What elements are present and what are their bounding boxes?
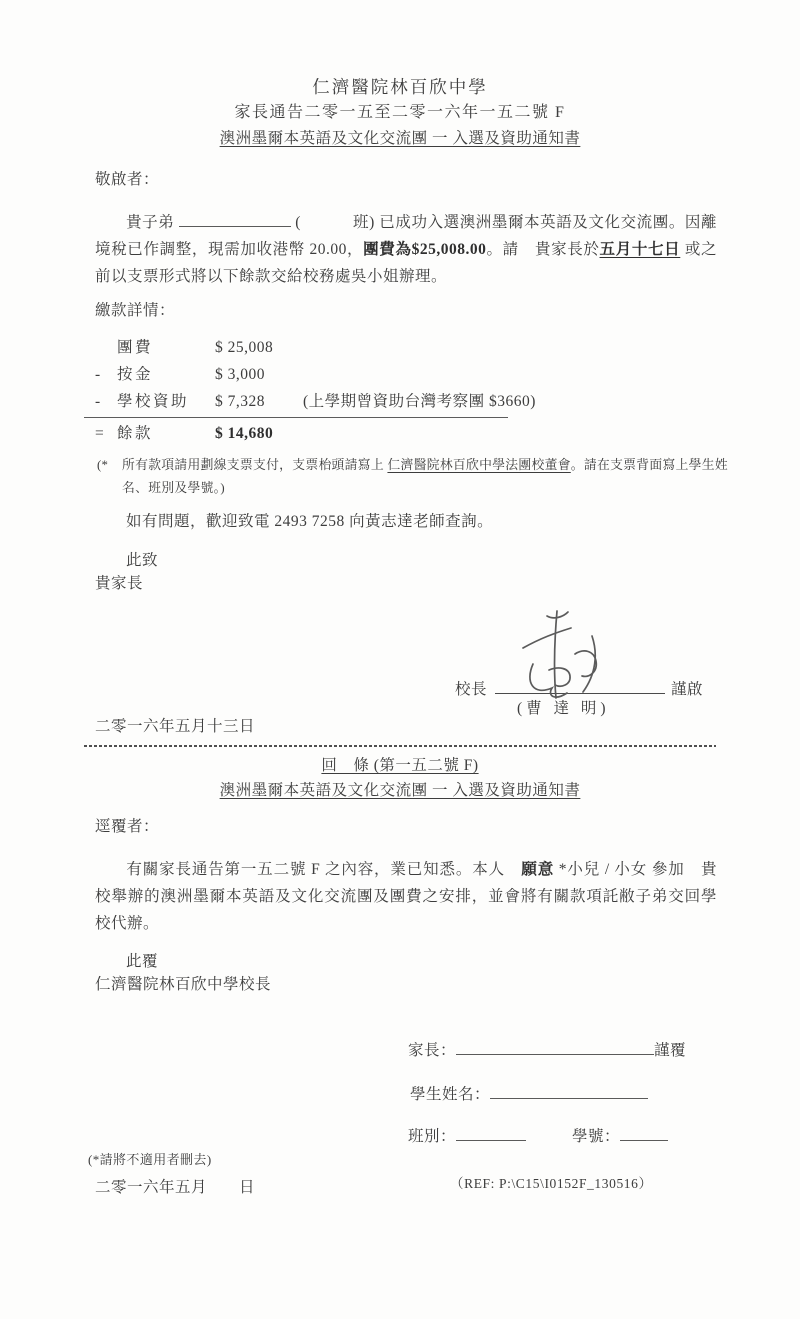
student-number-blank xyxy=(620,1123,668,1141)
row-sign: - xyxy=(95,394,117,410)
subject-line: 澳洲墨爾本英語及文化交流團 一 入選及資助通知書 xyxy=(220,130,581,147)
reply-title-wrap: 回 條 (第一五二號 F) xyxy=(0,758,800,774)
row-label: 按金 xyxy=(117,367,215,383)
row-sign: = xyxy=(95,426,117,442)
reply-date-prefix: 二零一六年五月 xyxy=(95,1179,207,1196)
table-row-total: = 餘款 $ 14,680 xyxy=(95,420,710,447)
letter-date: 二零一六年五月十三日 xyxy=(95,719,255,735)
willing-bold: 願意 xyxy=(521,861,554,878)
row-label: 餘款 xyxy=(117,426,215,442)
note-prefix: (* xyxy=(97,454,108,477)
class-blank xyxy=(456,1123,526,1141)
row-amount: $ 14,680 xyxy=(215,426,285,442)
payment-table: 團費 $ 25,008 - 按金 $ 3,000 - 學校資助 $ 7,328 … xyxy=(95,334,710,415)
ref-number: （REF: P:\C15\I0152F_130516） xyxy=(450,1177,653,1191)
class-blank xyxy=(301,210,353,227)
parent-label: 家長： xyxy=(408,1042,456,1059)
student-number-label: 學號： xyxy=(572,1128,620,1145)
row-sign: - xyxy=(95,367,117,383)
reply-slip-subject: 澳洲墨爾本英語及文化交流團 一 入選及資助通知書 xyxy=(220,782,581,799)
signature-image xyxy=(497,608,625,704)
row-amount: $ 25,008 xyxy=(215,340,285,356)
reply-before-bold: 有關家長通告第一五二號 F 之內容，業已知悉。本人 xyxy=(126,861,521,878)
student-name-blank xyxy=(490,1081,648,1099)
table-row: - 學校資助 $ 7,328 (上學期曾資助台灣考察團 $3660) xyxy=(95,388,710,415)
lead-text: 貴子弟 xyxy=(126,214,174,231)
after-fee-text: 。請 貴家長於 xyxy=(486,241,599,258)
row-label: 學校資助 xyxy=(117,394,215,410)
reply-date-suffix: 日 xyxy=(239,1179,255,1196)
class-label: 班別： xyxy=(408,1128,456,1145)
cheque-note: (*所有款項請用劃線支票支付，支票枱頭請寫上 仁濟醫院林百欣中學法團校董會。請在… xyxy=(95,454,740,500)
reply-date-day-blank xyxy=(207,1175,239,1192)
student-name-blank xyxy=(179,209,291,227)
row-amount: $ 3,000 xyxy=(215,367,285,383)
row-label: 團費 xyxy=(117,340,215,356)
principal-name: (曹 達 明) xyxy=(517,701,610,717)
reply-date-row: 二零一六年五月日 xyxy=(95,1175,255,1196)
closing-phrase: 此致 xyxy=(126,553,158,569)
parent-field-row: 家長：謹覆 xyxy=(408,1037,686,1059)
reply-subject-wrap: 澳洲墨爾本英語及文化交流團 一 入選及資助通知書 xyxy=(0,783,800,799)
delete-note: (*請將不適用者刪去) xyxy=(88,1153,212,1166)
closing-recipient: 貴家長 xyxy=(95,576,143,592)
fee-amount: 團費為$25,008.00 xyxy=(363,241,486,258)
reply-salutation: 逕覆者： xyxy=(95,819,159,835)
parent-suffix: 謹覆 xyxy=(654,1042,686,1059)
payment-deadline: 五月十七日 xyxy=(600,241,681,258)
row-note: (上學期曾資助台灣考察團 $3660) xyxy=(285,394,536,410)
table-row: 團費 $ 25,008 xyxy=(95,334,710,361)
salutation: 敬啟者： xyxy=(95,172,159,188)
notice-number: 家長通告二零一五至二零一六年一五二號 F xyxy=(0,105,800,121)
reply-slip-title: 回 條 (第一五二號 F) xyxy=(321,757,478,774)
payment-details-heading: 繳款詳情： xyxy=(95,303,175,319)
signoff-label: 謹啟 xyxy=(671,682,703,698)
class-number-row: 班別：學號： xyxy=(408,1123,668,1145)
table-row: - 按金 $ 3,000 xyxy=(95,361,710,388)
tear-line xyxy=(84,745,716,747)
payee-name: 仁濟醫院林百欣中學法團校董會 xyxy=(387,458,570,472)
note-before-payee: 所有款項請用劃線支票支付，支票枱頭請寫上 xyxy=(122,458,387,472)
reply-closing: 此覆 xyxy=(126,954,158,970)
scanned-letter-page: 仁濟醫院林百欣中學 家長通告二零一五至二零一六年一五二號 F 澳洲墨爾本英語及文… xyxy=(0,0,800,1319)
reply-paragraph: 有關家長通告第一五二號 F 之內容，業已知悉。本人 願意 *小兒 / 小女 參加… xyxy=(95,856,717,937)
contact-line: 如有問題，歡迎致電 2493 7258 向黃志達老師查詢。 xyxy=(126,514,493,530)
row-amount: $ 7,328 xyxy=(215,394,285,410)
subject-line-wrap: 澳洲墨爾本英語及文化交流團 一 入選及資助通知書 xyxy=(0,131,800,147)
student-name-row: 學生姓名： xyxy=(410,1081,648,1103)
body-paragraph: 貴子弟 (班) 已成功入選澳洲墨爾本英語及文化交流團。因離境稅已作調整，現需加收… xyxy=(95,209,717,290)
student-name-label: 學生姓名： xyxy=(410,1086,490,1103)
school-name: 仁濟醫院林百欣中學 xyxy=(0,79,800,97)
principal-label: 校長 xyxy=(455,682,487,698)
parent-signature-blank xyxy=(456,1037,654,1055)
total-rule xyxy=(84,417,508,418)
reply-recipient: 仁濟醫院林百欣中學校長 xyxy=(95,977,271,993)
